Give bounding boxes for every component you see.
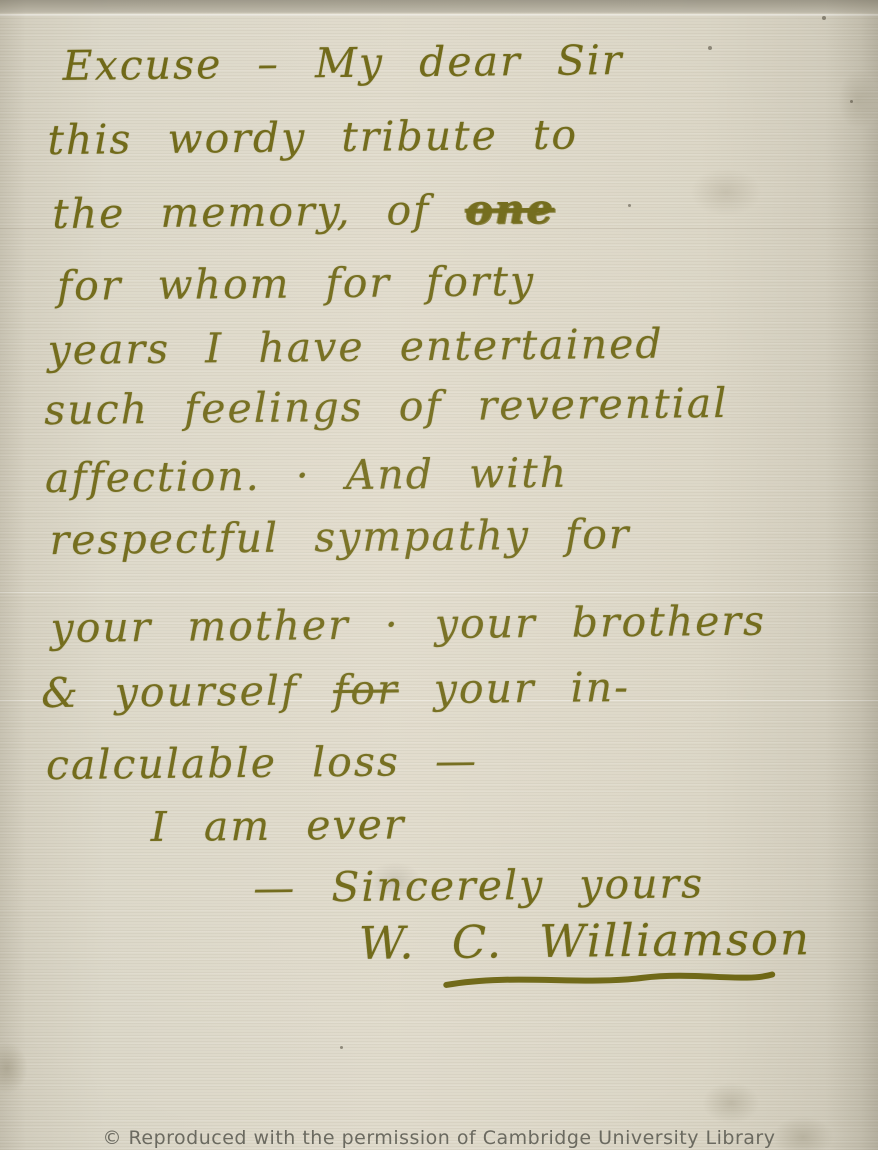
line-text: & yourself [41,666,298,717]
line-text: your in- [433,663,630,713]
signature-underline-flourish [442,964,778,994]
letter-line: this wordy tribute to [47,111,578,165]
letter-line: such feelings of reverential [44,379,729,434]
signature: W. C. Williamson [359,912,812,970]
letter-line: & yourself for your in- [41,663,630,717]
letter-line: I am ever [150,800,405,851]
manuscript-page: Excuse – My dear Sir this wordy tribute … [0,0,878,1150]
letter-line: respectful sympathy for [49,510,630,564]
letter-body: Excuse – My dear Sir this wordy tribute … [0,0,878,1150]
struck-word: for [333,665,399,714]
line-text: the memory, of [52,186,431,238]
copyright-credit: © Reproduced with the permission of Camb… [0,1127,878,1149]
letter-line: Excuse – My dear Sir [62,36,623,90]
letter-line: for whom for forty [57,257,536,310]
blotted-word: one [465,185,555,234]
letter-line: calculable loss — [46,737,478,790]
letter-line: affection. · And with [45,449,569,502]
letter-line: — Sincerely yours [253,859,704,912]
letter-line: your mother · your brothers [50,597,766,652]
letter-line: the memory, of one [52,185,555,238]
letter-line: years I have entertained [47,320,664,374]
